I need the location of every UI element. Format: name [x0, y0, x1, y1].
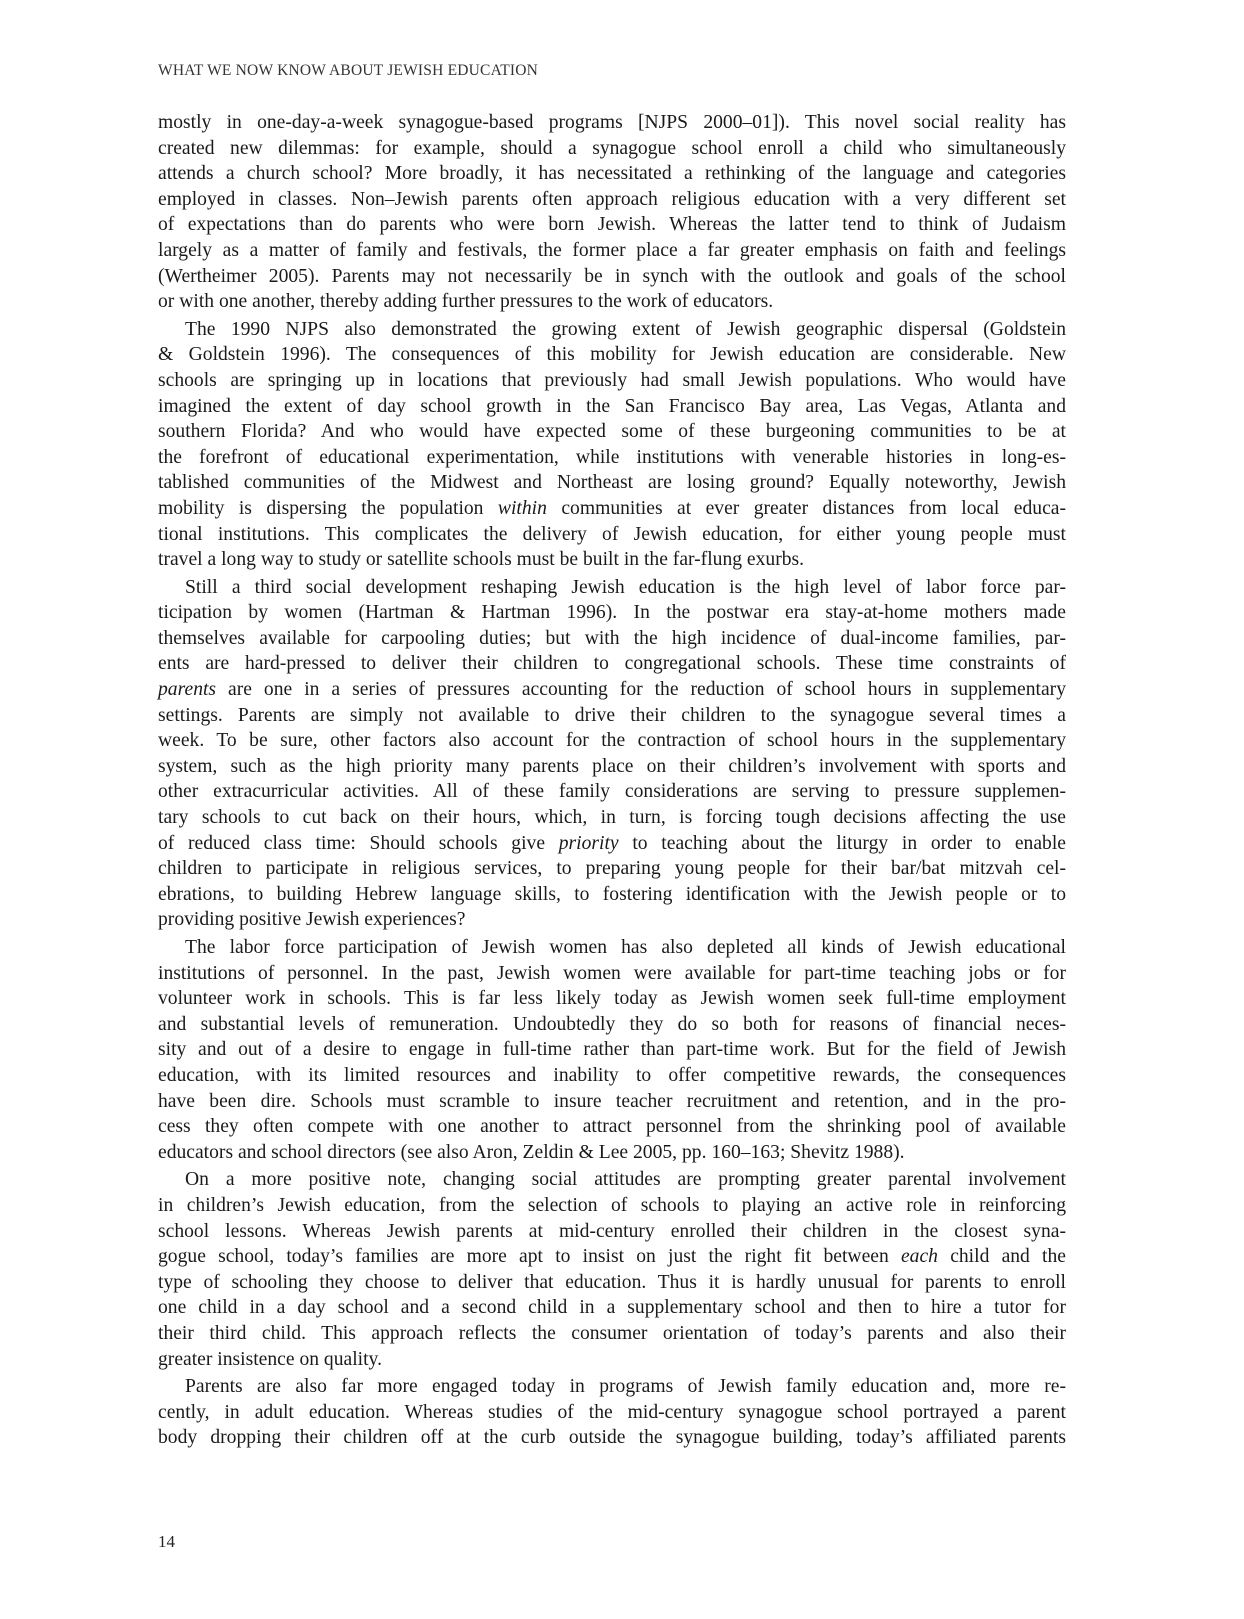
text-line: providing positive Jewish experiences? — [158, 907, 1066, 933]
text-line: employed in classes. Non–Jewish parents … — [158, 187, 1066, 213]
text-line: have been dire. Schools must scramble to… — [158, 1089, 1066, 1115]
text-line: educators and school directors (see also… — [158, 1140, 1066, 1166]
text-line: ents are hard-pressed to deliver their c… — [158, 651, 1066, 677]
text-line: themselves available for carpooling duti… — [158, 626, 1066, 652]
text-line: On a more positive note, changing social… — [158, 1167, 1066, 1193]
paragraph: Parents are also far more engaged today … — [158, 1374, 1066, 1451]
body-text: mostly in one-day-a-week synagogue-based… — [158, 110, 1066, 1451]
text-line: & Goldstein 1996). The consequences of t… — [158, 342, 1066, 368]
text-line: tablished communities of the Midwest and… — [158, 470, 1066, 496]
text-line: The 1990 NJPS also demonstrated the grow… — [158, 317, 1066, 343]
emphasis: priority — [559, 833, 619, 854]
text-line: mostly in one-day-a-week synagogue-based… — [158, 110, 1066, 136]
text-line: tional institutions. This complicates th… — [158, 522, 1066, 548]
text-line: their third child. This approach reflect… — [158, 1321, 1066, 1347]
text-line: parents are one in a series of pressures… — [158, 677, 1066, 703]
paragraph: The 1990 NJPS also demonstrated the grow… — [158, 317, 1066, 573]
text-line: Parents are also far more engaged today … — [158, 1374, 1066, 1400]
text-line: largely as a matter of family and festiv… — [158, 238, 1066, 264]
text-line: ticipation by women (Hartman & Hartman 1… — [158, 600, 1066, 626]
text-line: sity and out of a desire to engage in fu… — [158, 1037, 1066, 1063]
text-line: other extracurricular activities. All of… — [158, 779, 1066, 805]
text-line: imagined the extent of day school growth… — [158, 394, 1066, 420]
emphasis: within — [498, 498, 547, 519]
emphasis: parents — [158, 679, 216, 700]
text-line: of reduced class time: Should schools gi… — [158, 831, 1066, 857]
text-line: one child in a day school and a second c… — [158, 1295, 1066, 1321]
paragraph: Still a third social development reshapi… — [158, 575, 1066, 933]
text-line: settings. Parents are simply not availab… — [158, 703, 1066, 729]
text-line: cess they often compete with one another… — [158, 1114, 1066, 1140]
text-line: The labor force participation of Jewish … — [158, 935, 1066, 961]
text-line: southern Florida? And who would have exp… — [158, 419, 1066, 445]
text-line: week. To be sure, other factors also acc… — [158, 728, 1066, 754]
paragraph: The labor force participation of Jewish … — [158, 935, 1066, 1165]
running-head: WHAT WE NOW KNOW ABOUT JEWISH EDUCATION — [158, 62, 538, 80]
text-line: created new dilemmas: for example, shoul… — [158, 136, 1066, 162]
text-line: mobility is dispersing the population wi… — [158, 496, 1066, 522]
text-line: schools are springing up in locations th… — [158, 368, 1066, 394]
paragraph: mostly in one-day-a-week synagogue-based… — [158, 110, 1066, 315]
text-line: (Wertheimer 2005). Parents may not neces… — [158, 264, 1066, 290]
text-line: volunteer work in schools. This is far l… — [158, 986, 1066, 1012]
text-line: and substantial levels of remuneration. … — [158, 1012, 1066, 1038]
text-line: tary schools to cut back on their hours,… — [158, 805, 1066, 831]
text-line: type of schooling they choose to deliver… — [158, 1270, 1066, 1296]
text-line: ebrations, to building Hebrew language s… — [158, 882, 1066, 908]
text-line: the forefront of educational experimenta… — [158, 445, 1066, 471]
text-line: gogue school, today’s families are more … — [158, 1244, 1066, 1270]
text-line: greater insistence on quality. — [158, 1347, 1066, 1373]
text-line: body dropping their children off at the … — [158, 1425, 1066, 1451]
emphasis: each — [901, 1246, 938, 1267]
text-line: cently, in adult education. Whereas stud… — [158, 1400, 1066, 1426]
text-line: system, such as the high priority many p… — [158, 754, 1066, 780]
paragraph: On a more positive note, changing social… — [158, 1167, 1066, 1372]
book-page: WHAT WE NOW KNOW ABOUT JEWISH EDUCATION … — [0, 0, 1244, 1619]
text-line: of expectations than do parents who were… — [158, 212, 1066, 238]
text-line: education, with its limited resources an… — [158, 1063, 1066, 1089]
page-number: 14 — [158, 1532, 175, 1552]
text-line: in children’s Jewish education, from the… — [158, 1193, 1066, 1219]
text-line: attends a church school? More broadly, i… — [158, 161, 1066, 187]
text-line: children to participate in religious ser… — [158, 856, 1066, 882]
text-line: institutions of personnel. In the past, … — [158, 961, 1066, 987]
text-line: or with one another, thereby adding furt… — [158, 289, 1066, 315]
text-line: travel a long way to study or satellite … — [158, 547, 1066, 573]
text-line: school lessons. Whereas Jewish parents a… — [158, 1219, 1066, 1245]
text-line: Still a third social development reshapi… — [158, 575, 1066, 601]
